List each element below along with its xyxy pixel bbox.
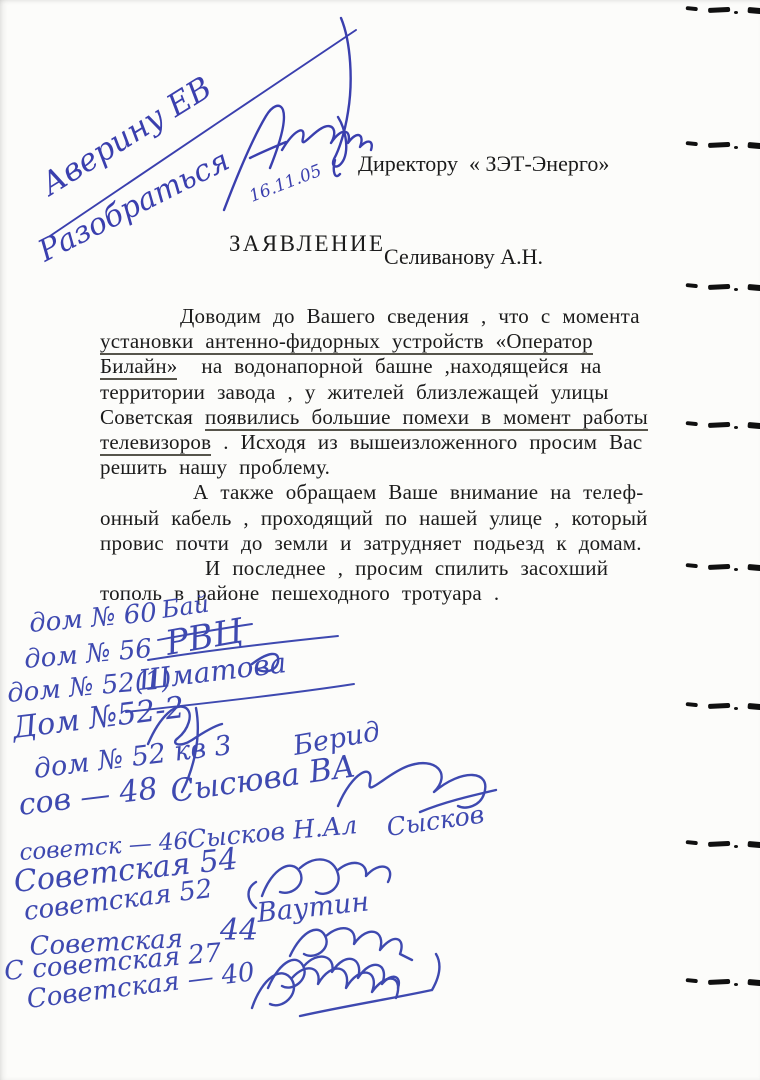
scan-artifact-blob <box>734 288 738 291</box>
scan-artifact-blob <box>686 141 698 146</box>
scan-artifact-blob <box>747 703 760 710</box>
scan-artifact-blob <box>708 979 730 985</box>
scan-artifact-blob <box>747 142 760 149</box>
scan-artifact-blob <box>747 564 760 571</box>
scan-artifact-mark-row <box>686 283 760 291</box>
scan-artifact-blob <box>686 563 698 568</box>
scan-artifact-blob <box>686 421 698 426</box>
scan-artifact-blob <box>708 841 730 847</box>
scan-artifact-blob <box>708 284 730 290</box>
scan-artifact-mark-row <box>686 6 760 14</box>
scan-artifact-blob <box>708 142 730 148</box>
scan-artifact-blob <box>708 422 730 428</box>
scan-artifact-mark-row <box>686 978 760 986</box>
scan-artifact-blob <box>708 564 730 570</box>
document-page: Директору « ЗЭТ-Энерго» Селиванову А.Н. … <box>0 0 760 1080</box>
scan-artifact-blob <box>686 6 698 11</box>
scan-artifact-blob <box>734 983 738 986</box>
scan-artifact-mark-row <box>686 563 760 571</box>
scan-artifact-blob <box>686 978 698 983</box>
scan-artifact-blob <box>734 845 738 848</box>
scan-artifact-blob <box>686 840 698 845</box>
scan-artifact-mark-row <box>686 840 760 848</box>
scan-artifact-blob <box>747 284 760 291</box>
scan-artifact-blob <box>708 7 730 13</box>
scan-artifact-mark-row <box>686 702 760 710</box>
scan-artifact-blob <box>734 11 738 14</box>
scan-artifact-blob <box>747 979 760 986</box>
scan-artifact-blob <box>734 707 738 710</box>
scan-artifact-blob <box>708 703 730 709</box>
scan-artifact-blob <box>747 422 760 429</box>
scan-artifact-mark-row <box>686 141 760 149</box>
scan-artifact-blob <box>734 426 738 429</box>
scanned-letter: { "colors": { "paper": "#fcfcfa", "typed… <box>0 0 760 1080</box>
scan-artifact-blob <box>686 702 698 707</box>
scan-artifact-blob <box>686 283 698 288</box>
scan-artifact-blob <box>747 7 760 14</box>
scan-artifact-blob <box>734 146 738 149</box>
right-edge-scan-marks <box>0 0 760 1080</box>
scan-artifact-blob <box>747 841 760 848</box>
scan-artifact-mark-row <box>686 421 760 429</box>
scan-artifact-blob <box>734 568 738 571</box>
